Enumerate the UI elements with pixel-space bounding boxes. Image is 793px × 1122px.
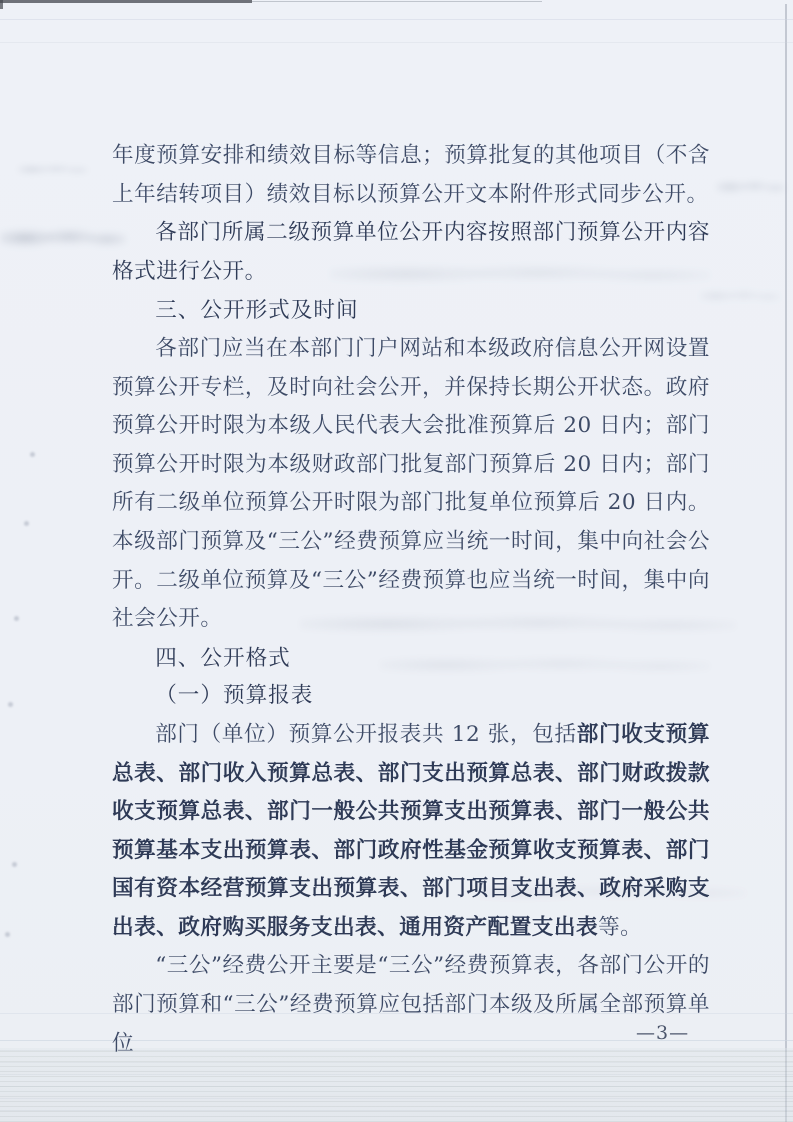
paragraph-form-and-time: 各部门应当在本部门门户网站和本级政府信息公开网设置预算公开专栏，及时向社会公开，… (112, 330, 710, 639)
scan-speck (8, 702, 13, 707)
heading-section-three: 三、公开形式及时间 (112, 291, 710, 330)
bleedthrough-smudge (716, 178, 786, 196)
scan-speck (14, 616, 19, 621)
scan-speck (12, 862, 17, 867)
scan-speck (5, 932, 10, 937)
heading-budget-tables: （一）预算报表 (112, 677, 710, 716)
scan-artifact-top-strip (0, 0, 252, 3)
bleedthrough-smudge (0, 226, 126, 250)
scan-speck (30, 452, 35, 457)
bleedthrough-smudge (700, 288, 780, 304)
scanned-document-page: 年度预算安排和绩效目标等信息；预算批复的其他项目（不含上年结转项目）绩效目标以预… (0, 0, 793, 1122)
scan-artifact-hline (0, 19, 793, 20)
budget-tables-bold-list: 部门收支预算总表、部门收入预算总表、部门支出预算总表、部门财政拨款收支预算总表、… (112, 722, 710, 940)
bleedthrough-smudge (18, 163, 88, 176)
paragraph-budget-tables: 部门（单位）预算公开报表共 12 张，包括部门收支预算总表、部门收入预算总表、部… (112, 716, 710, 948)
scan-speck (24, 521, 29, 526)
budget-tables-lead: 部门（单位）预算公开报表共 12 张，包括 (155, 722, 577, 747)
page-number: —3— (636, 1022, 689, 1044)
paragraph-secondary-units: 各部门所属二级预算单位公开内容按照部门预算公开内容格式进行公开。 (112, 214, 710, 291)
document-body: 年度预算安排和绩效目标等信息；预算批复的其他项目（不含上年结转项目）绩效目标以预… (112, 137, 710, 1063)
paragraph-sangong: “三公”经费公开主要是“三公”经费预算表，各部门公开的部门预算和“三公”经费预算… (112, 947, 710, 1063)
budget-tables-tail: 等。 (598, 915, 642, 940)
scan-artifact-top-strip-2 (252, 1, 542, 2)
scan-artifact-left-edge (0, 0, 3, 9)
paragraph-carryover: 年度预算安排和绩效目标等信息；预算批复的其他项目（不含上年结转项目）绩效目标以预… (112, 137, 710, 214)
scan-artifact-right-edge-line (785, 4, 787, 1122)
scan-artifact-hline (0, 42, 793, 43)
heading-section-four: 四、公开格式 (112, 639, 710, 678)
